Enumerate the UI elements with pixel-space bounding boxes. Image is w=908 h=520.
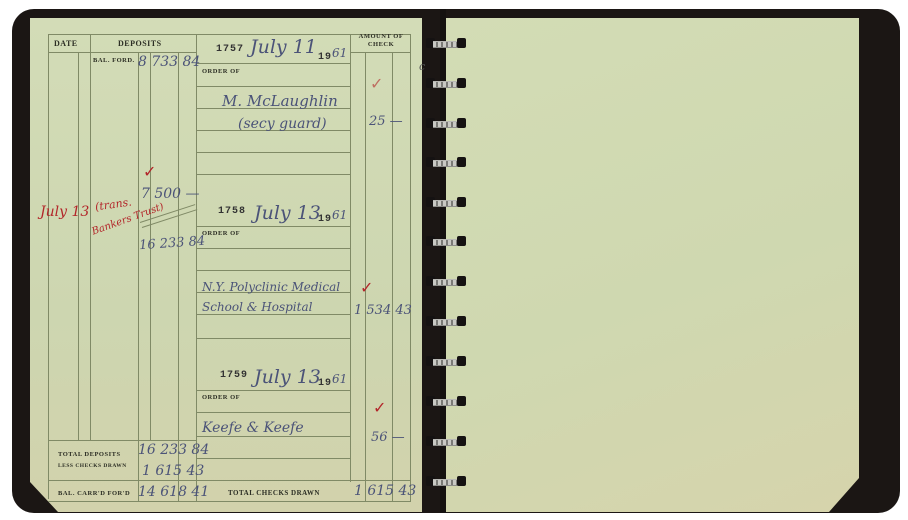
order-of-label: ORDER OF xyxy=(202,394,240,401)
rule xyxy=(48,501,410,502)
less-checks: 1 615 43 xyxy=(142,463,204,479)
opening-balance: 8 733 84 xyxy=(138,54,200,70)
bal-carried-label: BAL. CARR'D FOR'D xyxy=(58,490,130,497)
rule xyxy=(48,34,49,499)
check-amount: 56 — xyxy=(371,430,405,445)
payee-note: (secy guard) xyxy=(238,116,327,132)
check-number: 1758 xyxy=(218,206,246,217)
spiral-ring-icon xyxy=(426,236,466,248)
rule xyxy=(196,412,350,413)
margin-mark: c xyxy=(419,60,425,73)
bal-forward-label: BAL. FORD. xyxy=(93,57,135,64)
spiral-ring-icon xyxy=(426,78,466,90)
spiral-ring-icon xyxy=(426,38,466,50)
spiral-ring-icon xyxy=(426,436,466,448)
rule xyxy=(196,458,350,459)
check-amount: 1 534 43 xyxy=(354,303,412,318)
less-checks-label: LESS CHECKS DRAWN xyxy=(58,463,127,469)
rule xyxy=(48,440,196,441)
rule xyxy=(196,226,350,227)
rule xyxy=(48,480,410,481)
date-header: DATE xyxy=(54,39,78,48)
rule xyxy=(138,52,139,502)
rule xyxy=(365,52,366,502)
rule xyxy=(350,52,410,53)
rule xyxy=(90,34,91,440)
rule xyxy=(196,152,350,153)
spiral-ring-icon xyxy=(426,476,466,488)
spiral-ring-icon xyxy=(426,157,466,169)
order-of-label: ORDER OF xyxy=(202,68,240,75)
year-suffix: 61 xyxy=(332,372,347,386)
check-number: 1757 xyxy=(216,44,244,55)
rule xyxy=(196,248,350,249)
total-checks-label: TOTAL CHECKS DRAWN xyxy=(228,489,320,497)
rule xyxy=(78,52,79,440)
year-prefix: 19 xyxy=(318,378,332,389)
rule xyxy=(410,34,411,502)
payee: Keefe & Keefe xyxy=(202,420,304,436)
total-checks-drawn: 1 615 43 xyxy=(354,483,416,499)
rule xyxy=(196,63,350,64)
rule xyxy=(48,52,196,53)
year-suffix: 61 xyxy=(332,208,347,222)
total-deposits-label: TOTAL DEPOSITS xyxy=(58,451,121,458)
amount-of-check-header: AMOUNT OF CHECK xyxy=(357,33,405,49)
year-prefix: 19 xyxy=(318,52,332,63)
rule xyxy=(196,34,197,502)
deposit-date: July 13 xyxy=(40,204,89,220)
blank-page xyxy=(446,18,859,512)
year-prefix: 19 xyxy=(318,214,332,225)
rule xyxy=(196,338,350,339)
rule xyxy=(350,34,351,482)
deposit-amount: 7 500 — xyxy=(141,186,200,202)
spiral-ring-icon xyxy=(426,356,466,368)
check-number: 1759 xyxy=(220,370,248,381)
spiral-ring-icon xyxy=(426,276,466,288)
spiral-ring-icon xyxy=(426,316,466,328)
check-date: July 13 xyxy=(254,202,321,224)
rule xyxy=(48,34,410,35)
rule xyxy=(196,390,350,391)
rule xyxy=(196,270,350,271)
payee-line-2: School & Hospital xyxy=(202,300,312,314)
payee: N.Y. Polyclinic Medical xyxy=(202,280,340,294)
deposits-header: DEPOSITS xyxy=(118,39,162,48)
spiral-ring-icon xyxy=(426,197,466,209)
spiral-ring-icon xyxy=(426,118,466,130)
rule xyxy=(196,314,350,315)
payee: M. McLaughlin xyxy=(222,92,338,110)
year-suffix: 61 xyxy=(332,46,347,60)
check-date: July 11 xyxy=(250,36,317,58)
bal-carried-forward: 14 618 41 xyxy=(138,484,209,500)
deposit-check-icon: ✓ xyxy=(143,162,156,181)
reconciled-check-icon: ✓ xyxy=(370,74,383,93)
total-deposits: 16 233 84 xyxy=(138,442,209,458)
rule xyxy=(196,86,350,87)
rule xyxy=(196,174,350,175)
order-of-label: ORDER OF xyxy=(202,230,240,237)
rule xyxy=(196,436,350,437)
check-amount: 25 — xyxy=(369,114,403,129)
rule xyxy=(178,52,179,502)
reconciled-check-icon: ✓ xyxy=(373,398,386,417)
reconciled-check-icon: ✓ xyxy=(360,278,373,297)
check-date: July 13 xyxy=(254,366,321,388)
spiral-ring-icon xyxy=(426,396,466,408)
